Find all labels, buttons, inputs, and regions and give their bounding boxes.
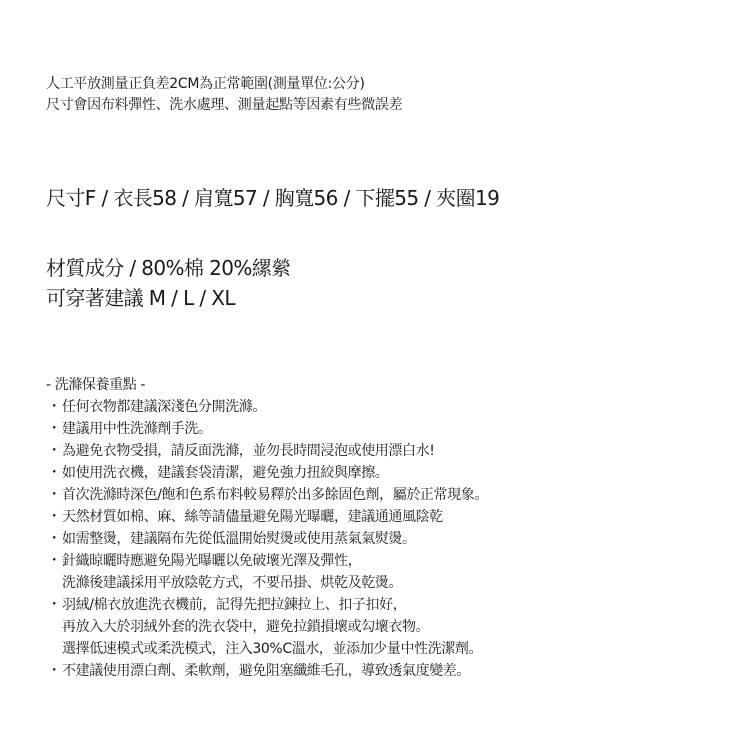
material-info: 材質成分 / 80%棉 20%縲縈 可穿著建議 M / L / XL bbox=[46, 253, 291, 313]
care-item: ・為避免衣物受損，請反面洗滌，並勿長時間浸泡或使用漂白水! bbox=[46, 440, 488, 462]
measurement-note-line: 尺寸會因布料彈性、洗水處理、測量起點等因素有些微誤差 bbox=[46, 95, 402, 116]
care-item-text: 為避免衣物受損，請反面洗滌，並勿長時間浸泡或使用漂白水! bbox=[62, 443, 434, 459]
care-item-text: 首次洗滌時深色/飽和色系布料較易釋於出多餘固色劑，屬於正常現象。 bbox=[62, 487, 488, 503]
care-item: ・任何衣物都建議深淺色分開洗滌。 bbox=[46, 396, 488, 418]
measurement-note: 人工平放測量正負差2CM為正常範圍(測量單位:公分) 尺寸會因布料彈性、洗水處理… bbox=[46, 74, 402, 116]
bullet-icon: ・ bbox=[46, 396, 62, 418]
care-item-text: 不建議使用漂白劑、柔軟劑，避免阻塞纖維毛孔，導致透氣度變差。 bbox=[62, 663, 470, 679]
bullet-icon: ・ bbox=[46, 528, 62, 550]
care-instructions: - 洗滌保養重點 - ・任何衣物都建議深淺色分開洗滌。 ・建議用中性洗滌劑手洗。… bbox=[46, 374, 488, 682]
care-item-text: 羽絨/棉衣放進洗衣機前，記得先把拉鍊拉上、扣子扣好， bbox=[62, 597, 406, 613]
care-item-text: 如使用洗衣機，建議套袋清潔，避免強力扭絞與摩擦。 bbox=[62, 465, 388, 481]
care-item: ・如需整燙，建議隔布先從低溫開始熨燙或使用蒸氣氣熨燙。 bbox=[46, 528, 488, 550]
care-item-text: 如需整燙，建議隔布先從低溫開始熨燙或使用蒸氣氣熨燙。 bbox=[62, 531, 416, 547]
care-item: ・天然材質如棉、麻、絲等請儘量避免陽光曝曬，建議通通風陰乾 bbox=[46, 506, 488, 528]
bullet-icon: ・ bbox=[46, 506, 62, 528]
care-item: ・不建議使用漂白劑、柔軟劑，避免阻塞纖維毛孔，導致透氣度變差。 bbox=[46, 660, 488, 682]
size-spec: 尺寸F / 衣長58 / 肩寬57 / 胸寬56 / 下擺55 / 夾圈19 bbox=[46, 184, 499, 212]
bullet-icon: ・ bbox=[46, 418, 62, 440]
care-item-continuation: 洗滌後建議採用平放陰乾方式，不要吊掛、烘乾及乾燙。 bbox=[46, 572, 488, 594]
care-item-continuation: 選擇低速模式或柔洗模式，注入30%C溫水，並添加少量中性洗潔劑。 bbox=[46, 638, 488, 660]
care-title: - 洗滌保養重點 - bbox=[46, 374, 488, 396]
care-item: ・建議用中性洗滌劑手洗。 bbox=[46, 418, 488, 440]
care-item-text: 針織晾曬時應避免陽光曝曬以免破壞光澤及彈性， bbox=[62, 553, 361, 569]
care-item: ・針織晾曬時應避免陽光曝曬以免破壞光澤及彈性， bbox=[46, 550, 488, 572]
care-item: ・羽絨/棉衣放進洗衣機前，記得先把拉鍊拉上、扣子扣好， bbox=[46, 594, 488, 616]
care-item-continuation: 再放入大於羽絨外套的洗衣袋中，避免拉鎖損壞或勾壞衣物。 bbox=[46, 616, 488, 638]
bullet-icon: ・ bbox=[46, 462, 62, 484]
bullet-icon: ・ bbox=[46, 440, 62, 462]
bullet-icon: ・ bbox=[46, 660, 62, 682]
care-item-text: 建議用中性洗滌劑手洗。 bbox=[62, 421, 212, 437]
care-item-text: 天然材質如棉、麻、絲等請儘量避免陽光曝曬，建議通通風陰乾 bbox=[62, 509, 443, 525]
care-item: ・如使用洗衣機，建議套袋清潔，避免強力扭絞與摩擦。 bbox=[46, 462, 488, 484]
measurement-note-line: 人工平放測量正負差2CM為正常範圍(測量單位:公分) bbox=[46, 74, 402, 95]
material-composition: 材質成分 / 80%棉 20%縲縈 bbox=[46, 253, 291, 283]
bullet-icon: ・ bbox=[46, 550, 62, 572]
bullet-icon: ・ bbox=[46, 484, 62, 506]
recommended-sizes: 可穿著建議 M / L / XL bbox=[46, 283, 291, 313]
care-item: ・首次洗滌時深色/飽和色系布料較易釋於出多餘固色劑，屬於正常現象。 bbox=[46, 484, 488, 506]
care-item-text: 任何衣物都建議深淺色分開洗滌。 bbox=[62, 399, 266, 415]
bullet-icon: ・ bbox=[46, 594, 62, 616]
